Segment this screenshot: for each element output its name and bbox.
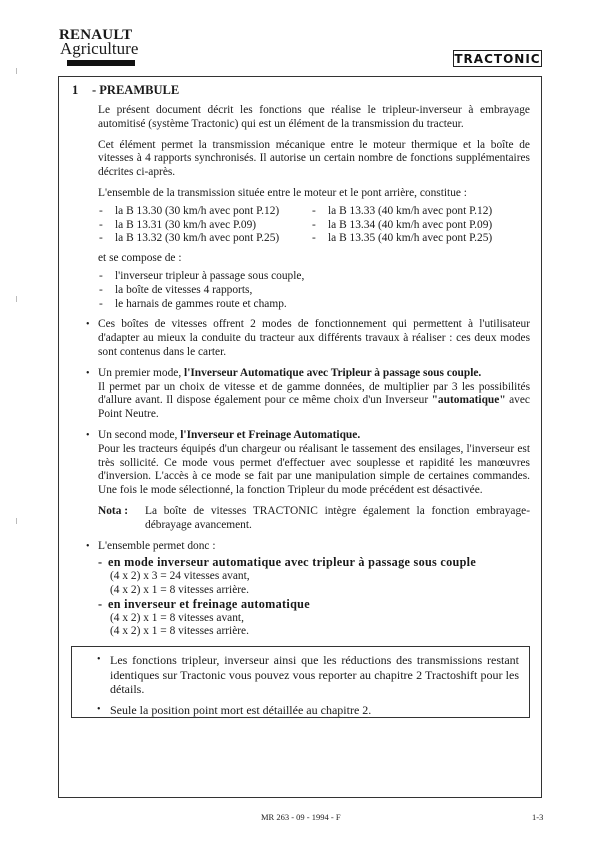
page-number: 1-3 [532, 812, 543, 822]
list-item: la B 13.33 (40 km/h avec pont P.12) [311, 205, 530, 219]
list-item: la B 13.32 (30 km/h avec pont P.25) [98, 232, 311, 246]
summary-line: (4 x 2) x 1 = 8 vitesses avant, [98, 612, 530, 626]
intro-paragraph: Le présent document décrit les fonctions… [98, 104, 530, 132]
summary-heading: en inverseur et freinage automatique [98, 598, 530, 612]
nota-label: Nota : [98, 505, 145, 533]
gearbox-model-list: la B 13.30 (30 km/h avec pont P.12) la B… [98, 205, 530, 246]
list-item: Ces boîtes de vitesses offrent 2 modes d… [88, 318, 530, 359]
modes-list: Ces boîtes de vitesses offrent 2 modes d… [98, 318, 530, 639]
binding-hole-mark [16, 518, 17, 524]
mode2-name: l'Inverseur et Freinage Automatique. [180, 429, 360, 441]
mode1-prefix: Un premier mode, [98, 367, 184, 379]
mode2-prefix: Un second mode, [98, 429, 180, 441]
mode2-text: Pour les tracteurs équipés d'un chargeur… [98, 443, 530, 496]
summary-line: (4 x 2) x 3 = 24 vitesses avant, [98, 570, 530, 584]
nota-text: La boîte de vitesses TRACTONIC intègre é… [145, 505, 530, 533]
main-text: Le présent document décrit les fonctions… [98, 104, 530, 646]
summary-heading: en mode inverseur automatique avec tripl… [98, 556, 530, 570]
list-item: la B 13.35 (40 km/h avec pont P.25) [311, 232, 530, 246]
list-item: la B 13.34 (40 km/h avec pont P.09) [311, 219, 530, 233]
section-heading: 1- PREAMBULE [72, 83, 179, 98]
mode1-quoted: "automatique" [432, 394, 506, 406]
note-box: Les fonctions tripleur, inverseur ainsi … [71, 646, 530, 718]
list-item: L'ensemble permet donc : en mode inverse… [88, 540, 530, 640]
list-item: Un premier mode, l'Inverseur Automatique… [88, 367, 530, 422]
product-badge: TRACTONIC [453, 50, 542, 67]
summary-line: (4 x 2) x 1 = 8 vitesses arrière. [98, 625, 530, 639]
component-list: l'inverseur tripleur à passage sous coup… [98, 270, 530, 311]
summary-list: en mode inverseur automatique avec tripl… [98, 556, 530, 639]
brand-division: Agriculture [60, 40, 138, 58]
binding-hole-mark [16, 68, 17, 74]
list-item: Un second mode, l'Inverseur et Freinage … [88, 429, 530, 533]
list-item: l'inverseur tripleur à passage sous coup… [98, 270, 530, 284]
list-item: la boîte de vitesses 4 rapports, [98, 284, 530, 298]
list-item: Les fonctions tripleur, inverseur ainsi … [110, 653, 519, 697]
brand-underline-bar [67, 60, 135, 66]
nota-block: Nota : La boîte de vitesses TRACTONIC in… [98, 505, 530, 533]
binding-hole-mark [16, 296, 17, 302]
summary-line: (4 x 2) x 1 = 8 vitesses arrière. [98, 584, 530, 598]
document-reference: MR 263 - 09 - 1994 - F [261, 812, 341, 822]
summary-intro: L'ensemble permet donc : [98, 540, 216, 552]
section-title: - PREAMBULE [92, 83, 179, 97]
mode1-name: l'Inverseur Automatique avec Tripleur à … [184, 367, 481, 379]
modes-text: Ces boîtes de vitesses offrent 2 modes d… [98, 318, 530, 358]
list-item: Seule la position point mort est détaill… [110, 703, 519, 718]
list-item: la B 13.30 (30 km/h avec pont P.12) [98, 205, 311, 219]
intro-paragraph: L'ensemble de la transmission située ent… [98, 187, 530, 201]
compose-intro: et se compose de : [98, 252, 530, 266]
intro-paragraph: Cet élément permet la transmission mécan… [98, 139, 530, 180]
list-item: la B 13.31 (30 km/h avec P.09) [98, 219, 311, 233]
section-number: 1 [72, 83, 92, 98]
list-item: le harnais de gammes route et champ. [98, 298, 530, 312]
